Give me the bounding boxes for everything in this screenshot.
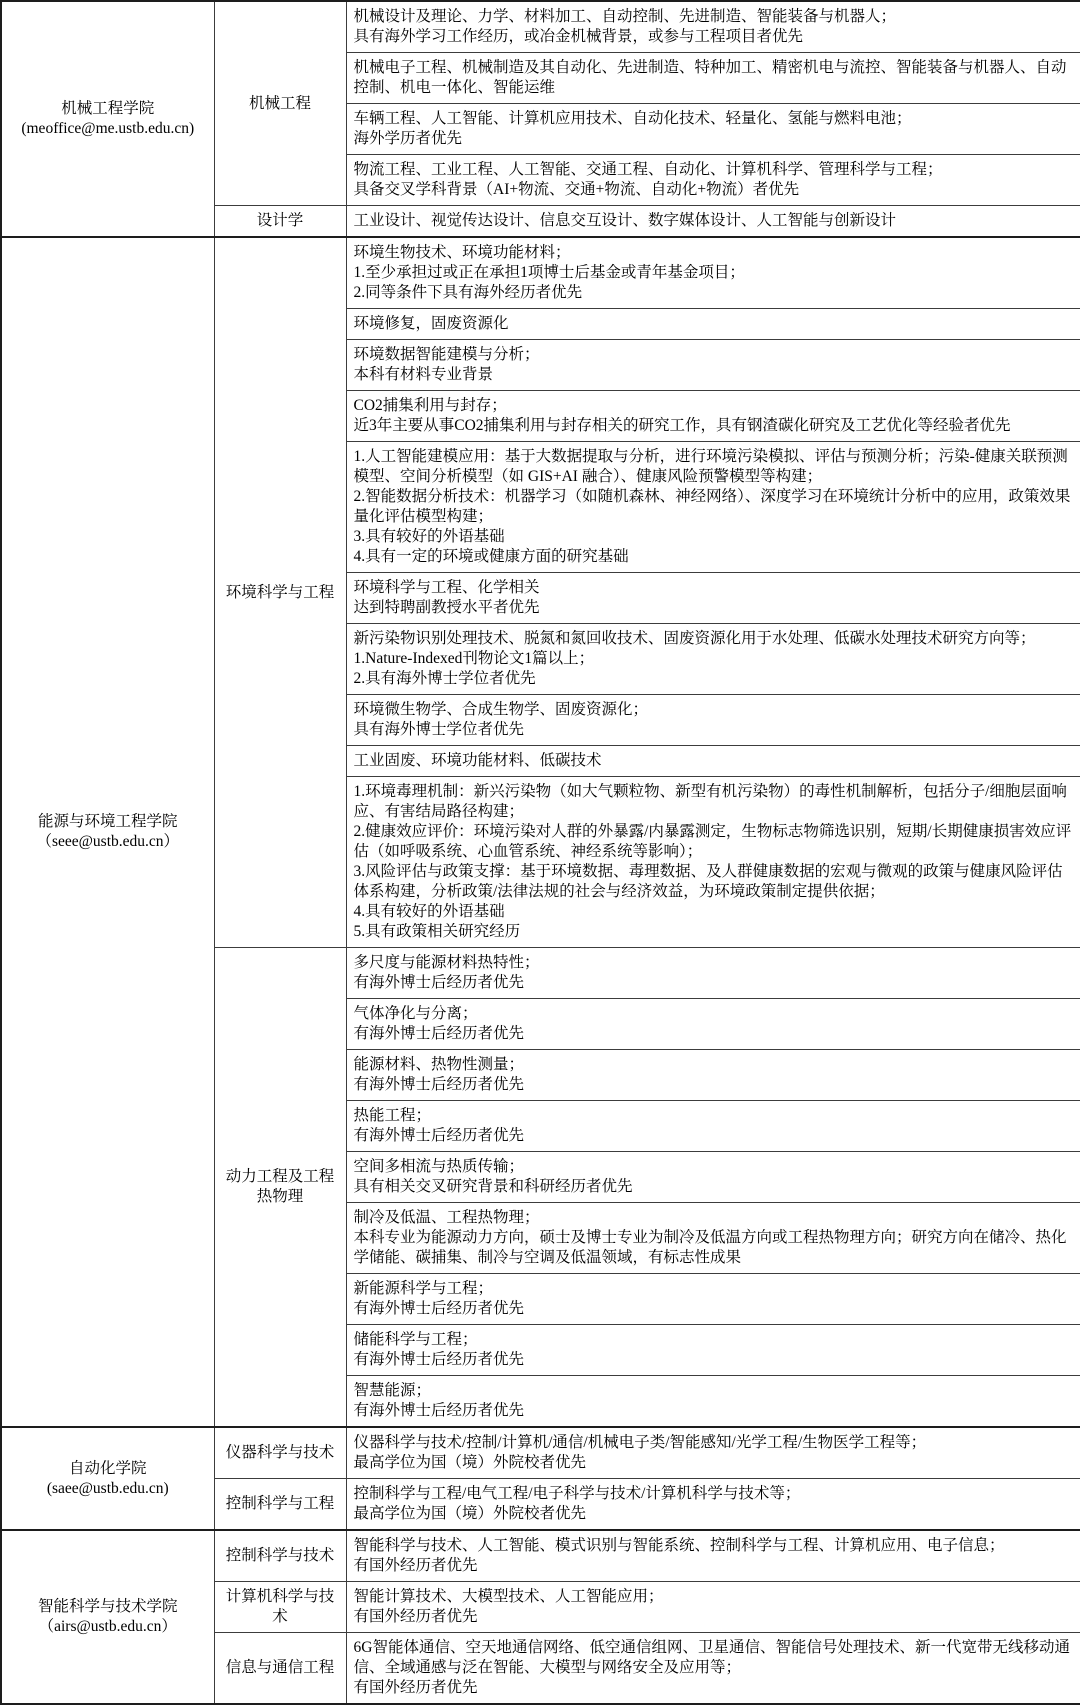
requirement-line: 环境生物技术、环境功能材料； bbox=[354, 243, 1074, 263]
college-cell: 机械工程学院(meoffice@me.ustb.edu.cn) bbox=[1, 1, 214, 237]
requirement-cell: 热能工程；有海外博士后经历者优先 bbox=[346, 1101, 1080, 1152]
requirement-cell: 储能科学与工程；有海外博士后经历者优先 bbox=[346, 1325, 1080, 1376]
requirement-cell: 环境修复，固废资源化 bbox=[346, 309, 1080, 340]
requirement-line: 本科有材料专业背景 bbox=[354, 365, 1074, 385]
requirement-cell: 环境数据智能建模与分析；本科有材料专业背景 bbox=[346, 340, 1080, 391]
table-row: 智能科学与技术学院（airs@ustb.edu.cn）控制科学与技术智能科学与技… bbox=[1, 1530, 1080, 1582]
requirement-line: 车辆工程、人工智能、计算机应用技术、自动化技术、轻量化、氢能与燃料电池； bbox=[354, 109, 1074, 129]
requirement-line: 智能科学与技术、人工智能、模式识别与智能系统、控制科学与工程、计算机应用、电子信… bbox=[354, 1536, 1074, 1556]
requirement-cell: 物流工程、工业工程、人工智能、交通工程、自动化、计算机科学、管理科学与工程；具备… bbox=[346, 155, 1080, 206]
requirement-cell: 机械电子工程、机械制造及其自动化、先进制造、特种加工、精密机电与流控、智能装备与… bbox=[346, 53, 1080, 104]
requirement-line: 有海外博士后经历者优先 bbox=[354, 973, 1074, 993]
requirement-line: 有海外博士后经历者优先 bbox=[354, 1350, 1074, 1370]
requirement-line: 达到特聘副教授水平者优先 bbox=[354, 598, 1074, 618]
discipline-label: 仪器科学与技术 bbox=[219, 1443, 342, 1463]
requirement-cell: 多尺度与能源材料热特性；有海外博士后经历者优先 bbox=[346, 948, 1080, 999]
discipline-label: 环境科学与工程 bbox=[219, 583, 342, 603]
requirement-line: 4.具有较好的外语基础 bbox=[354, 902, 1074, 922]
requirement-cell: 1.环境毒理机制：新兴污染物（如大气颗粒物、新型有机污染物）的毒性机制解析，包括… bbox=[346, 777, 1080, 948]
discipline-label: 控制科学与工程 bbox=[219, 1494, 342, 1514]
requirement-line: 4.具有一定的环境或健康方面的研究基础 bbox=[354, 547, 1074, 567]
requirement-line: 机械电子工程、机械制造及其自动化、先进制造、特种加工、精密机电与流控、智能装备与… bbox=[354, 58, 1074, 98]
requirement-cell: 气体净化与分离；有海外博士后经历者优先 bbox=[346, 999, 1080, 1050]
requirement-line: 智能计算技术、大模型技术、人工智能应用； bbox=[354, 1587, 1074, 1607]
requirement-line: 气体净化与分离； bbox=[354, 1004, 1074, 1024]
requirement-line: 能源材料、热物性测量； bbox=[354, 1055, 1074, 1075]
requirement-line: 1.至少承担过或正在承担1项博士后基金或青年基金项目； bbox=[354, 263, 1074, 283]
requirement-cell: 智慧能源；有海外博士后经历者优先 bbox=[346, 1376, 1080, 1428]
requirement-line: 环境数据智能建模与分析； bbox=[354, 345, 1074, 365]
discipline-label: 计算机科学与技术 bbox=[219, 1587, 342, 1627]
requirement-line: 有国外经历者优先 bbox=[354, 1556, 1074, 1576]
discipline-cell: 环境科学与工程 bbox=[214, 237, 346, 948]
requirement-line: 智慧能源； bbox=[354, 1381, 1074, 1401]
requirement-line: 3.具有较好的外语基础 bbox=[354, 527, 1074, 547]
requirement-line: 有海外博士后经历者优先 bbox=[354, 1299, 1074, 1319]
requirement-line: 具有海外博士学位者优先 bbox=[354, 720, 1074, 740]
requirement-line: 储能科学与工程； bbox=[354, 1330, 1074, 1350]
requirement-line: 6G智能体通信、空天地通信网络、低空通信组网、卫星通信、智能信号处理技术、新一代… bbox=[354, 1638, 1074, 1678]
requirement-line: 具有海外学习工作经历，或冶金机械背景，或参与工程项目者优先 bbox=[354, 27, 1074, 47]
page: 机械工程学院(meoffice@me.ustb.edu.cn)机械工程机械设计及… bbox=[0, 0, 1080, 1705]
discipline-cell: 机械工程 bbox=[214, 1, 346, 206]
requirement-cell: 仪器科学与技术/控制/计算机/通信/机械电子类/智能感知/光学工程/生物医学工程… bbox=[346, 1427, 1080, 1479]
requirement-cell: 空间多相流与热质传输；具有相关交叉研究背景和科研经历者优先 bbox=[346, 1152, 1080, 1203]
discipline-cell: 仪器科学与技术 bbox=[214, 1427, 346, 1479]
discipline-label: 机械工程 bbox=[219, 94, 342, 114]
discipline-label: 信息与通信工程 bbox=[219, 1658, 342, 1678]
requirement-line: 最高学位为国（境）外院校者优先 bbox=[354, 1504, 1074, 1524]
requirement-cell: 环境微生物学、合成生物学、固废资源化；具有海外博士学位者优先 bbox=[346, 695, 1080, 746]
requirement-line: 工业设计、视觉传达设计、信息交互设计、数字媒体设计、人工智能与创新设计 bbox=[354, 211, 1074, 231]
college-email: （seee@ustb.edu.cn） bbox=[6, 832, 210, 852]
requirement-line: 2.具有海外博士学位者优先 bbox=[354, 669, 1074, 689]
requirement-line: 有国外经历者优先 bbox=[354, 1607, 1074, 1627]
requirement-cell: 控制科学与工程/电气工程/电子科学与技术/计算机科学与技术等；最高学位为国（境）… bbox=[346, 1479, 1080, 1531]
requirement-line: 热能工程； bbox=[354, 1106, 1074, 1126]
college-cell: 自动化学院(saee@ustb.edu.cn) bbox=[1, 1427, 214, 1530]
college-name: 自动化学院 bbox=[6, 1459, 210, 1479]
discipline-label: 设计学 bbox=[219, 211, 342, 231]
requirement-cell: 制冷及低温、工程热物理；本科专业为能源动力方向，硕士及博士专业为制冷及低温方向或… bbox=[346, 1203, 1080, 1274]
requirement-cell: 车辆工程、人工智能、计算机应用技术、自动化技术、轻量化、氢能与燃料电池；海外学历… bbox=[346, 104, 1080, 155]
discipline-cell: 动力工程及工程热物理 bbox=[214, 948, 346, 1428]
requirement-line: 工业固废、环境功能材料、低碳技术 bbox=[354, 751, 1074, 771]
college-email: (saee@ustb.edu.cn) bbox=[6, 1479, 210, 1499]
requirement-line: 5.具有政策相关研究经历 bbox=[354, 922, 1074, 942]
requirement-cell: 环境生物技术、环境功能材料；1.至少承担过或正在承担1项博士后基金或青年基金项目… bbox=[346, 237, 1080, 309]
requirement-line: 具有相关交叉研究背景和科研经历者优先 bbox=[354, 1177, 1074, 1197]
requirement-line: 仪器科学与技术/控制/计算机/通信/机械电子类/智能感知/光学工程/生物医学工程… bbox=[354, 1433, 1074, 1453]
requirement-line: CO2捕集利用与封存； bbox=[354, 396, 1074, 416]
college-table: 机械工程学院(meoffice@me.ustb.edu.cn)机械工程机械设计及… bbox=[0, 0, 1080, 1705]
college-cell: 智能科学与技术学院（airs@ustb.edu.cn） bbox=[1, 1530, 214, 1704]
college-email: （airs@ustb.edu.cn） bbox=[6, 1617, 210, 1637]
discipline-label: 控制科学与技术 bbox=[219, 1546, 342, 1566]
requirement-line: 2.同等条件下具有海外经历者优先 bbox=[354, 283, 1074, 303]
discipline-cell: 控制科学与技术 bbox=[214, 1530, 346, 1582]
requirement-cell: 6G智能体通信、空天地通信网络、低空通信组网、卫星通信、智能信号处理技术、新一代… bbox=[346, 1633, 1080, 1705]
requirement-line: 2.智能数据分析技术：机器学习（如随机森林、神经网络）、深度学习在环境统计分析中… bbox=[354, 487, 1074, 527]
requirement-line: 具备交叉学科背景（AI+物流、交通+物流、自动化+物流）者优先 bbox=[354, 180, 1074, 200]
requirement-line: 有国外经历者优先 bbox=[354, 1678, 1074, 1698]
requirement-cell: 智能科学与技术、人工智能、模式识别与智能系统、控制科学与工程、计算机应用、电子信… bbox=[346, 1530, 1080, 1582]
requirement-line: 机械设计及理论、力学、材料加工、自动控制、先进制造、智能装备与机器人； bbox=[354, 7, 1074, 27]
discipline-cell: 控制科学与工程 bbox=[214, 1479, 346, 1531]
requirement-cell: 工业设计、视觉传达设计、信息交互设计、数字媒体设计、人工智能与创新设计 bbox=[346, 206, 1080, 238]
college-table-body: 机械工程学院(meoffice@me.ustb.edu.cn)机械工程机械设计及… bbox=[1, 1, 1080, 1704]
requirement-cell: 环境科学与工程、化学相关达到特聘副教授水平者优先 bbox=[346, 573, 1080, 624]
college-name: 能源与环境工程学院 bbox=[6, 812, 210, 832]
requirement-line: 制冷及低温、工程热物理； bbox=[354, 1208, 1074, 1228]
college-name: 机械工程学院 bbox=[6, 99, 210, 119]
requirement-line: 近3年主要从事CO2捕集利用与封存相关的研究工作，具有钢渣碳化研究及工艺优化等经… bbox=[354, 416, 1074, 436]
requirement-cell: 1.人工智能建模应用：基于大数据提取与分析，进行环境污染模拟、评估与预测分析；污… bbox=[346, 442, 1080, 573]
requirement-cell: 智能计算技术、大模型技术、人工智能应用；有国外经历者优先 bbox=[346, 1582, 1080, 1633]
requirement-line: 控制科学与工程/电气工程/电子科学与技术/计算机科学与技术等； bbox=[354, 1484, 1074, 1504]
requirement-line: 海外学历者优先 bbox=[354, 129, 1074, 149]
requirement-line: 有海外博士后经历者优先 bbox=[354, 1126, 1074, 1146]
requirement-line: 有海外博士后经历者优先 bbox=[354, 1075, 1074, 1095]
requirement-cell: 机械设计及理论、力学、材料加工、自动控制、先进制造、智能装备与机器人；具有海外学… bbox=[346, 1, 1080, 53]
requirement-cell: 能源材料、热物性测量；有海外博士后经历者优先 bbox=[346, 1050, 1080, 1101]
requirement-line: 2.健康效应评价：环境污染对人群的外暴露/内暴露测定，生物标志物筛选识别，短期/… bbox=[354, 822, 1074, 862]
discipline-label: 动力工程及工程热物理 bbox=[219, 1167, 342, 1207]
discipline-cell: 设计学 bbox=[214, 206, 346, 238]
requirement-line: 1.环境毒理机制：新兴污染物（如大气颗粒物、新型有机污染物）的毒性机制解析，包括… bbox=[354, 782, 1074, 822]
requirement-line: 3.风险评估与政策支撑：基于环境数据、毒理数据、及人群健康数据的宏观与微观的政策… bbox=[354, 862, 1074, 902]
requirement-line: 环境微生物学、合成生物学、固废资源化； bbox=[354, 700, 1074, 720]
table-row: 机械工程学院(meoffice@me.ustb.edu.cn)机械工程机械设计及… bbox=[1, 1, 1080, 53]
requirement-cell: 新污染物识别处理技术、脱氮和氮回收技术、固废资源化用于水处理、低碳水处理技术研究… bbox=[346, 624, 1080, 695]
requirement-line: 物流工程、工业工程、人工智能、交通工程、自动化、计算机科学、管理科学与工程； bbox=[354, 160, 1074, 180]
requirement-line: 环境科学与工程、化学相关 bbox=[354, 578, 1074, 598]
requirement-line: 1.Nature-Indexed刊物论文1篇以上； bbox=[354, 649, 1074, 669]
discipline-cell: 计算机科学与技术 bbox=[214, 1582, 346, 1633]
requirement-line: 多尺度与能源材料热特性； bbox=[354, 953, 1074, 973]
table-row: 自动化学院(saee@ustb.edu.cn)仪器科学与技术仪器科学与技术/控制… bbox=[1, 1427, 1080, 1479]
discipline-cell: 信息与通信工程 bbox=[214, 1633, 346, 1705]
requirement-line: 新污染物识别处理技术、脱氮和氮回收技术、固废资源化用于水处理、低碳水处理技术研究… bbox=[354, 629, 1074, 649]
college-name: 智能科学与技术学院 bbox=[6, 1597, 210, 1617]
requirement-line: 本科专业为能源动力方向，硕士及博士专业为制冷及低温方向或工程热物理方向；研究方向… bbox=[354, 1228, 1074, 1268]
college-cell: 能源与环境工程学院（seee@ustb.edu.cn） bbox=[1, 237, 214, 1427]
requirement-line: 最高学位为国（境）外院校者优先 bbox=[354, 1453, 1074, 1473]
table-row: 能源与环境工程学院（seee@ustb.edu.cn）环境科学与工程环境生物技术… bbox=[1, 237, 1080, 309]
requirement-cell: 工业固废、环境功能材料、低碳技术 bbox=[346, 746, 1080, 777]
requirement-line: 有海外博士后经历者优先 bbox=[354, 1024, 1074, 1044]
college-email: (meoffice@me.ustb.edu.cn) bbox=[6, 119, 210, 139]
requirement-line: 有海外博士后经历者优先 bbox=[354, 1401, 1074, 1421]
requirement-line: 新能源科学与工程； bbox=[354, 1279, 1074, 1299]
requirement-line: 空间多相流与热质传输； bbox=[354, 1157, 1074, 1177]
requirement-cell: 新能源科学与工程；有海外博士后经历者优先 bbox=[346, 1274, 1080, 1325]
requirement-cell: CO2捕集利用与封存；近3年主要从事CO2捕集利用与封存相关的研究工作，具有钢渣… bbox=[346, 391, 1080, 442]
requirement-line: 1.人工智能建模应用：基于大数据提取与分析，进行环境污染模拟、评估与预测分析；污… bbox=[354, 447, 1074, 487]
requirement-line: 环境修复，固废资源化 bbox=[354, 314, 1074, 334]
